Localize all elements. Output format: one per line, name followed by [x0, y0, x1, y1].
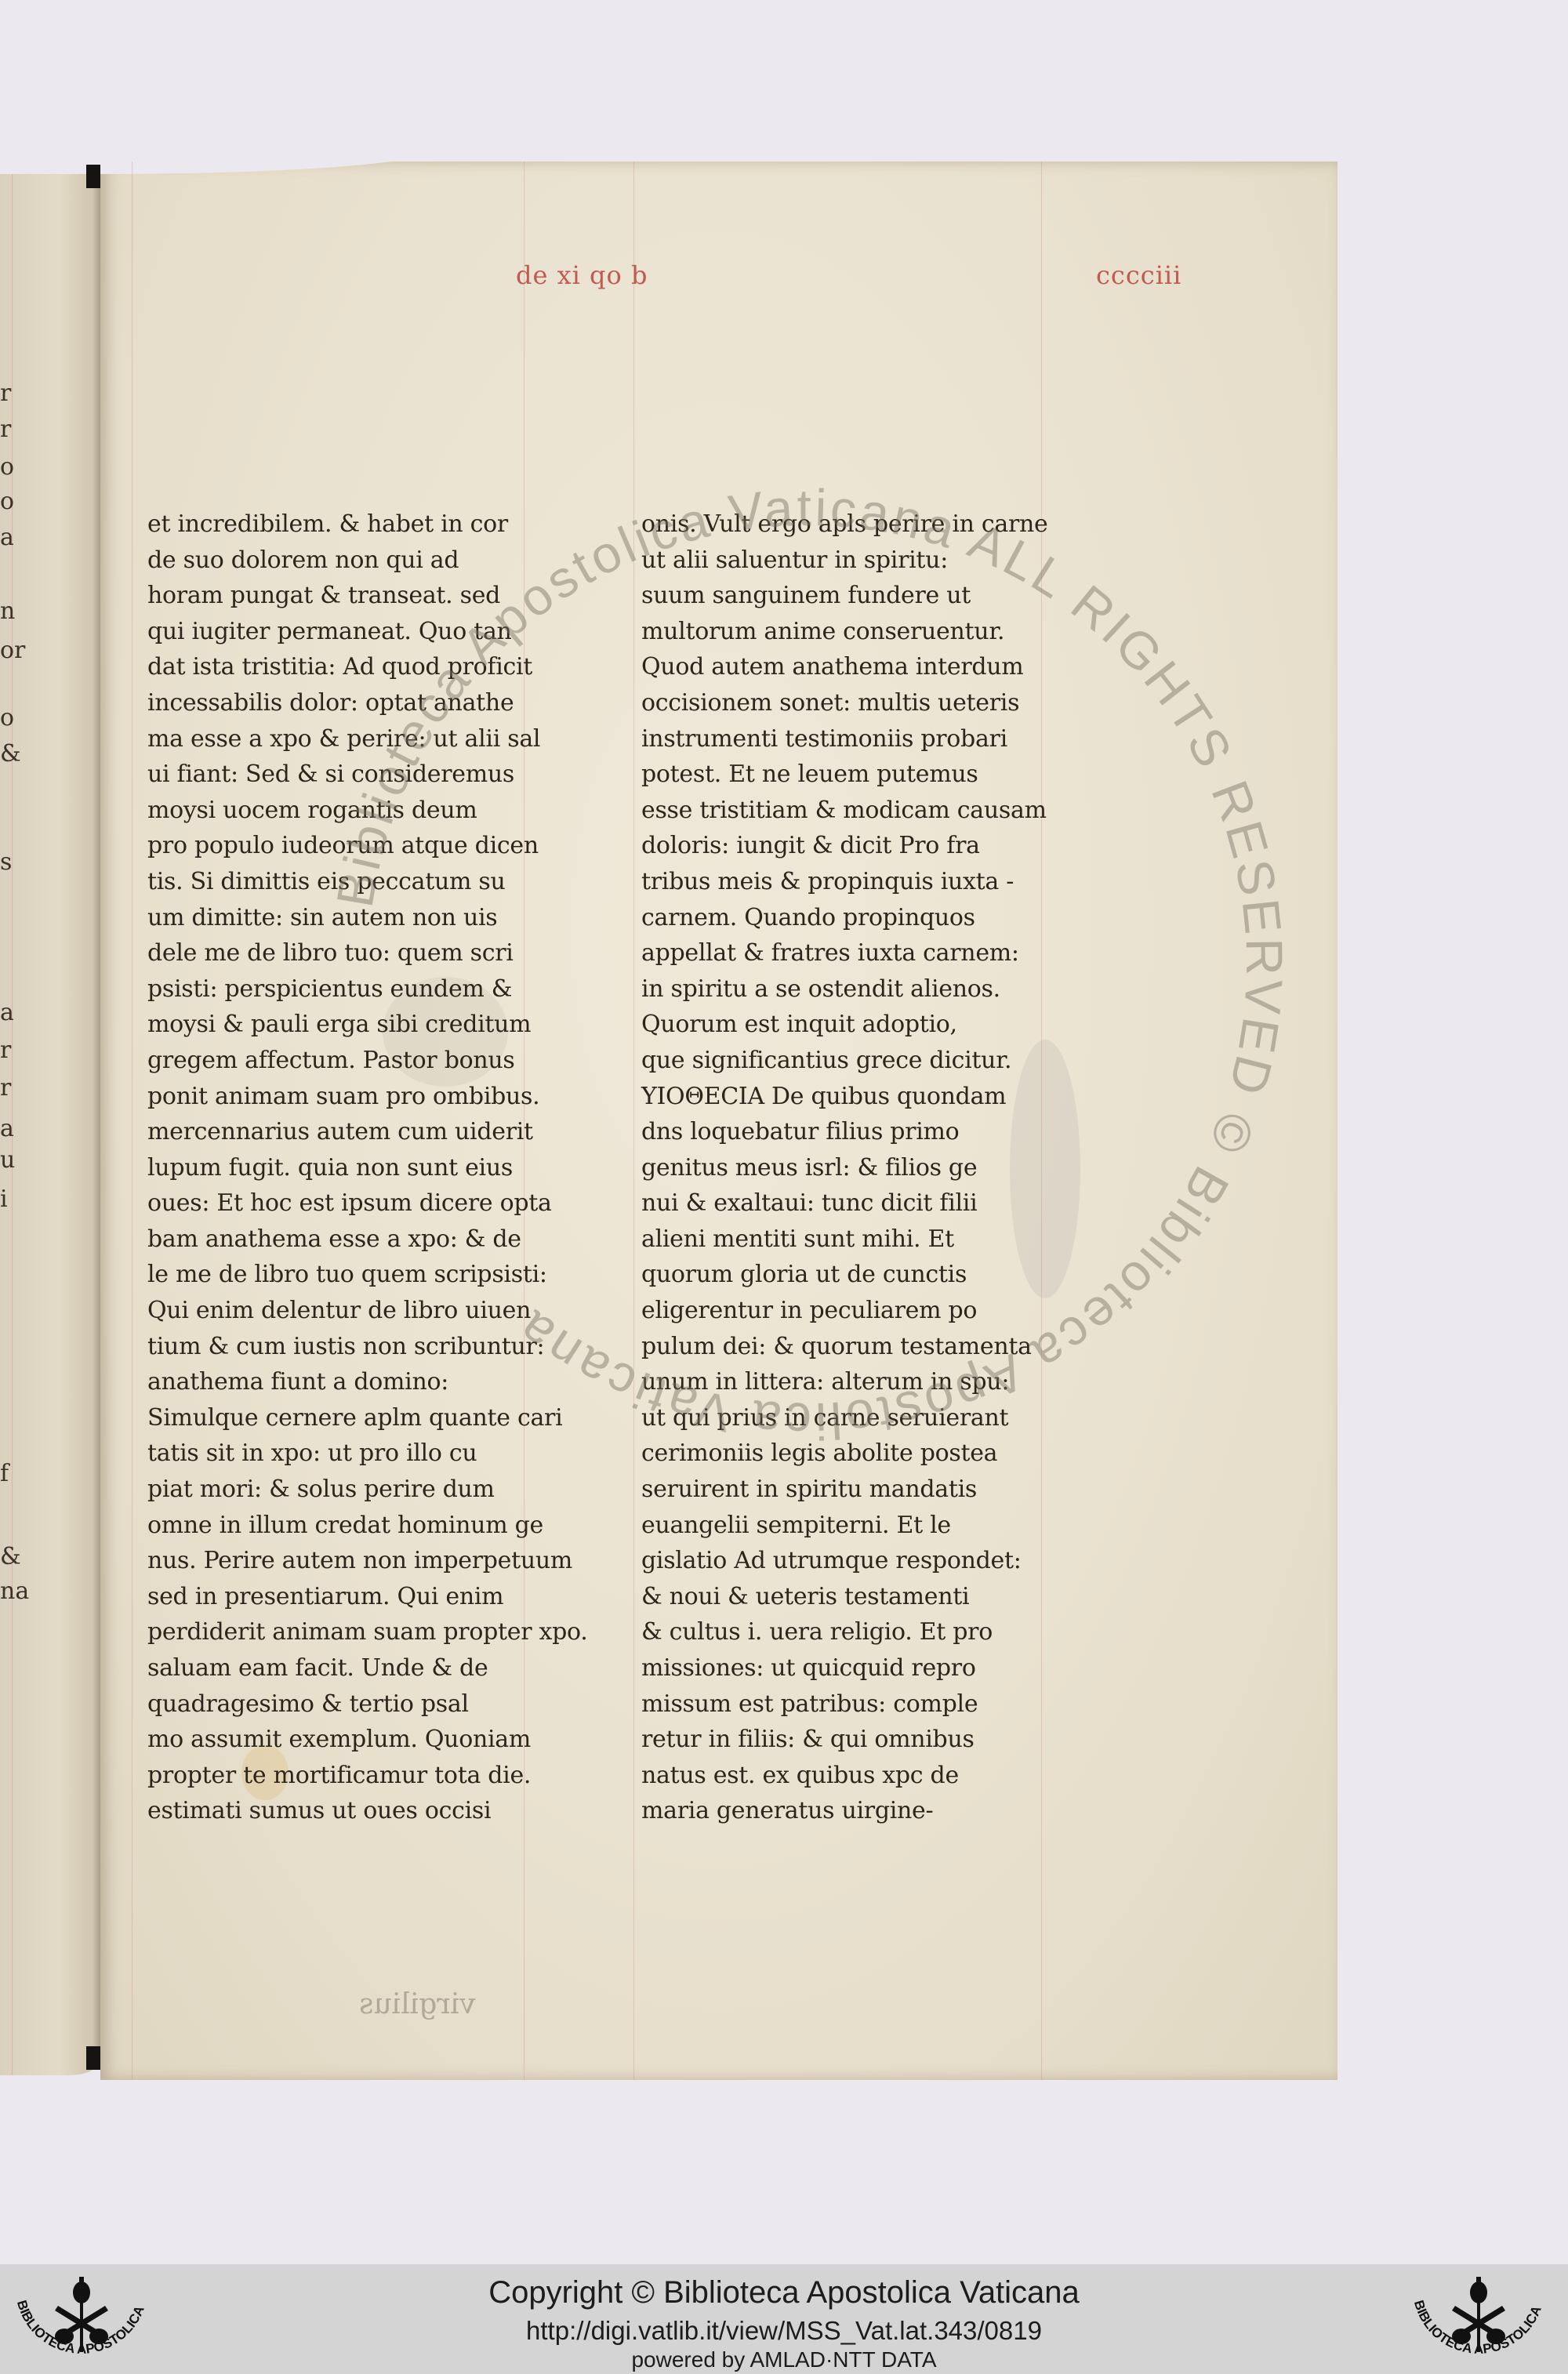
manuscript-line: omne in illum credat hominum ge	[147, 1508, 563, 1544]
left-text-fragment: or	[0, 637, 25, 664]
manuscript-line: dat ista tristitia: Ad quod proficit	[147, 649, 563, 685]
manuscript-line: missum est patribus: comple	[641, 1686, 1057, 1722]
manuscript-line: carnem. Quando propinquos	[641, 900, 1057, 936]
manuscript-line: esse tristitiam & modicam causam	[641, 793, 1057, 829]
manuscript-line: Quorum est inquit adoptio,	[641, 1007, 1057, 1043]
svg-text:BIBLIOTECA APOSTOLICA VATICANA: BIBLIOTECA APOSTOLICA VATICANA	[1400, 2271, 1545, 2357]
manuscript-line: instrumenti testimoniis probari	[641, 721, 1057, 757]
spine-marker-top	[86, 165, 100, 188]
manuscript-line: doloris: iungit & dicit Pro fra	[641, 828, 1057, 864]
manuscript-line: cerimoniis legis abolite postea	[641, 1436, 1057, 1472]
spine-marker-bottom	[86, 2046, 100, 2070]
left-text-fragment: a	[0, 524, 14, 551]
manuscript-line: potest. Et ne leuem putemus	[641, 757, 1057, 793]
bleedthrough-text: virgilius	[359, 1988, 475, 2020]
left-text-fragment: r	[0, 379, 11, 407]
powered-by-text: powered by AMLAD·NTT DATA	[0, 2347, 1568, 2372]
manuscript-line: Qui enim delentur de libro uiuen	[147, 1293, 563, 1329]
manuscript-line: et incredibilem. & habet in cor	[147, 506, 563, 543]
manuscript-line: mercennarius autem cum uiderit	[147, 1114, 563, 1150]
manuscript-line: quorum gloria ut de cunctis	[641, 1257, 1057, 1293]
manuscript-line: tatis sit in xpo: ut pro illo cu	[147, 1436, 563, 1472]
manuscript-line: bam anathema esse a xpo: & de	[147, 1221, 563, 1258]
manuscript-line: sed in presentiarum. Qui enim	[147, 1579, 563, 1615]
manuscript-line: ΥΙΟΘΕϹΙΑ De quibus quondam	[641, 1079, 1057, 1115]
manuscript-line: quadragesimo & tertio psal	[147, 1686, 563, 1722]
manuscript-line: ui fiant: Sed & si consideremus	[147, 757, 563, 793]
manuscript-line: suum sanguinem fundere ut	[641, 578, 1057, 614]
manuscript-line: tis. Si dimittis eis peccatum su	[147, 864, 563, 900]
copyright-text: Copyright © Biblioteca Apostolica Vatica…	[0, 2275, 1568, 2310]
manuscript-line: alieni mentiti sunt mihi. Et	[641, 1221, 1057, 1258]
manuscript-line: maria generatus uirgine-	[641, 1793, 1057, 1829]
manuscript-line: propter te mortificamur tota die.	[147, 1758, 563, 1794]
left-text-fragment: a	[0, 999, 14, 1026]
left-text-fragment: i	[0, 1185, 8, 1213]
ruling-line	[132, 162, 132, 2080]
manuscript-line: tribus meis & propinquis iuxta -	[641, 864, 1057, 900]
manuscript-line: pulum dei: & quorum testamenta	[641, 1329, 1057, 1365]
manuscript-line: moysi & pauli erga sibi creditum	[147, 1007, 563, 1043]
manuscript-line: seruirent in spiritu mandatis	[641, 1472, 1057, 1508]
text-column-right: onis. Vult ergo apls perire in carneut a…	[641, 506, 1057, 1829]
left-text-fragment: f	[0, 1460, 9, 1487]
left-text-fragment: u	[0, 1146, 15, 1174]
left-text-fragment: n	[0, 597, 15, 625]
manuscript-line: psisti: perspicientus eundem &	[147, 971, 563, 1007]
left-text-fragment: a	[0, 1115, 14, 1142]
manuscript-line: ut alii saluentur in spiritu:	[641, 543, 1057, 579]
left-text-fragment: r	[0, 416, 11, 443]
manuscript-line: anathema fiunt a domino:	[147, 1364, 563, 1400]
left-page-edge: r r o o a n or o & s a r r a u i f & na	[0, 174, 100, 2075]
manuscript-folio: de xi qo b cccciii et incredibilem. & ha…	[100, 162, 1338, 2080]
manuscript-line: genitus meus isrl: & filios ge	[641, 1150, 1057, 1186]
manuscript-viewer: r r o o a n or o & s a r r a u i f & na …	[0, 0, 1568, 2264]
manuscript-line: que significantius grece dicitur.	[641, 1043, 1057, 1079]
left-text-fragment: &	[0, 740, 21, 768]
manuscript-line: horam pungat & transeat. sed	[147, 578, 563, 614]
manuscript-line: gislatio Ad utrumque respondet:	[641, 1543, 1057, 1579]
manuscript-line: saluam eam facit. Unde & de	[147, 1650, 563, 1686]
manuscript-line: incessabilis dolor: optat anathe	[147, 685, 563, 721]
manuscript-line: unum in littera: alterum in spu:	[641, 1364, 1057, 1400]
left-text-fragment: s	[0, 848, 12, 876]
manuscript-line: eligerentur in peculiarem po	[641, 1293, 1057, 1329]
manuscript-line: Quod autem anathema interdum	[641, 649, 1057, 685]
manuscript-line: in spiritu a se ostendit alienos.	[641, 971, 1057, 1007]
manuscript-line: & cultus i. uera religio. Et pro	[641, 1614, 1057, 1650]
manuscript-line: tium & cum iustis non scribuntur:	[147, 1329, 563, 1365]
manuscript-line: le me de libro tuo quem scripsisti:	[147, 1257, 563, 1293]
manuscript-line: qui iugiter permaneat. Quo tan	[147, 614, 563, 650]
manuscript-line: natus est. ex quibus xpc de	[641, 1758, 1057, 1794]
left-text-fragment: &	[0, 1543, 21, 1570]
manuscript-line: dele me de libro tuo: quem scri	[147, 935, 563, 971]
manuscript-line: estimati sumus ut oues occisi	[147, 1793, 563, 1829]
manuscript-line: gregem affectum. Pastor bonus	[147, 1043, 563, 1079]
manuscript-line: occisionem sonet: multis ueteris	[641, 685, 1057, 721]
left-text-fragment: o	[0, 488, 14, 515]
manuscript-line: retur in filiis: & qui omnibus	[641, 1722, 1057, 1758]
manuscript-line: de suo dolorem non qui ad	[147, 543, 563, 579]
manuscript-line: piat mori: & solus perire dum	[147, 1472, 563, 1508]
copyright-footer: BIBLIOTECA APOSTOLICA VATICANA Copyright…	[0, 2264, 1568, 2374]
manuscript-line: dns loquebatur filius primo	[641, 1114, 1057, 1150]
manuscript-line: ponit animam suam pro ombibus.	[147, 1079, 563, 1115]
manuscript-line: ut qui prius in carne seruierant	[641, 1400, 1057, 1436]
manuscript-line: um dimitte: sin autem non uis	[147, 900, 563, 936]
folio-number: cccciii	[1096, 260, 1181, 290]
manuscript-line: appellat & fratres iuxta carnem:	[641, 935, 1057, 971]
manuscript-line: lupum fugit. quia non sunt eius	[147, 1150, 563, 1186]
left-text-fragment: o	[0, 453, 14, 481]
vatican-library-logo-icon: BIBLIOTECA APOSTOLICA VATICANA	[1400, 2271, 1557, 2372]
manuscript-line: ma esse a xpo & perire: ut alii sal	[147, 721, 563, 757]
manuscript-line: Simulque cernere aplm quante cari	[147, 1400, 563, 1436]
ruling-line	[633, 162, 634, 2080]
left-text-fragment: o	[0, 704, 14, 731]
manuscript-line: moysi uocem rogantis deum	[147, 793, 563, 829]
left-text-fragment: r	[0, 1036, 11, 1064]
manuscript-line: mo assumit exemplum. Quoniam	[147, 1722, 563, 1758]
manuscript-line: nui & exaltaui: tunc dicit filii	[641, 1185, 1057, 1221]
left-text-fragment: r	[0, 1074, 11, 1102]
manuscript-line: nus. Perire autem non imperpetuum	[147, 1543, 563, 1579]
text-column-left: et incredibilem. & habet in corde suo do…	[147, 506, 563, 1829]
manuscript-line: missiones: ut quicquid repro	[641, 1650, 1057, 1686]
manuscript-line: & noui & ueteris testamenti	[641, 1579, 1057, 1615]
manuscript-line: oues: Et hoc est ipsum dicere opta	[147, 1185, 563, 1221]
manuscript-line: pro populo iudeorum atque dicen	[147, 828, 563, 864]
left-text-fragment: na	[0, 1577, 29, 1605]
manuscript-line: onis. Vult ergo apls perire in carne	[641, 506, 1057, 543]
logo-text: BIBLIOTECA APOSTOLICA VATICANA	[1400, 2271, 1545, 2357]
manuscript-line: perdiderit animam suam propter xpo.	[147, 1614, 563, 1650]
manuscript-line: multorum anime conseruentur.	[641, 614, 1057, 650]
manuscript-line: euangelii sempiterni. Et le	[641, 1508, 1057, 1544]
running-head: de xi qo b	[516, 260, 648, 290]
manuscript-url[interactable]: http://digi.vatlib.it/view/MSS_Vat.lat.3…	[0, 2316, 1568, 2346]
